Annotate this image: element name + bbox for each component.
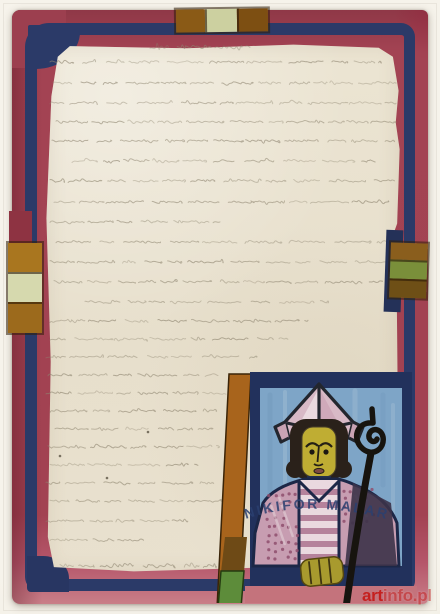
bishop-mouth	[314, 468, 324, 473]
watermark-artinfo: artinfo.pl	[362, 587, 432, 604]
watermark-bold-part: art	[362, 586, 383, 605]
bishop-hand	[300, 556, 345, 587]
block-ochre	[176, 9, 206, 32]
decor-blocks-left	[8, 243, 42, 333]
watermark-light-part: info.pl	[383, 586, 432, 605]
block-olive	[390, 259, 428, 279]
block-celadon	[8, 272, 42, 303]
artwork-photo: { "photo": { "background_color": "#f2efe…	[0, 0, 440, 614]
block-celadon	[205, 9, 237, 32]
block-ochre	[8, 243, 42, 272]
frame-green-block	[218, 571, 244, 608]
maroon-block-left	[9, 211, 32, 247]
block-brown	[389, 278, 427, 298]
block-brown	[390, 242, 428, 260]
bishop-portrait-painting: NIKIFOR MALAR	[205, 365, 430, 610]
decor-blocks-right	[389, 242, 428, 298]
decor-blocks-top	[176, 8, 268, 32]
block-ochre	[236, 8, 268, 31]
frame-brown-block	[221, 537, 247, 572]
block-ochre	[8, 302, 42, 333]
bishop-head	[286, 419, 352, 479]
